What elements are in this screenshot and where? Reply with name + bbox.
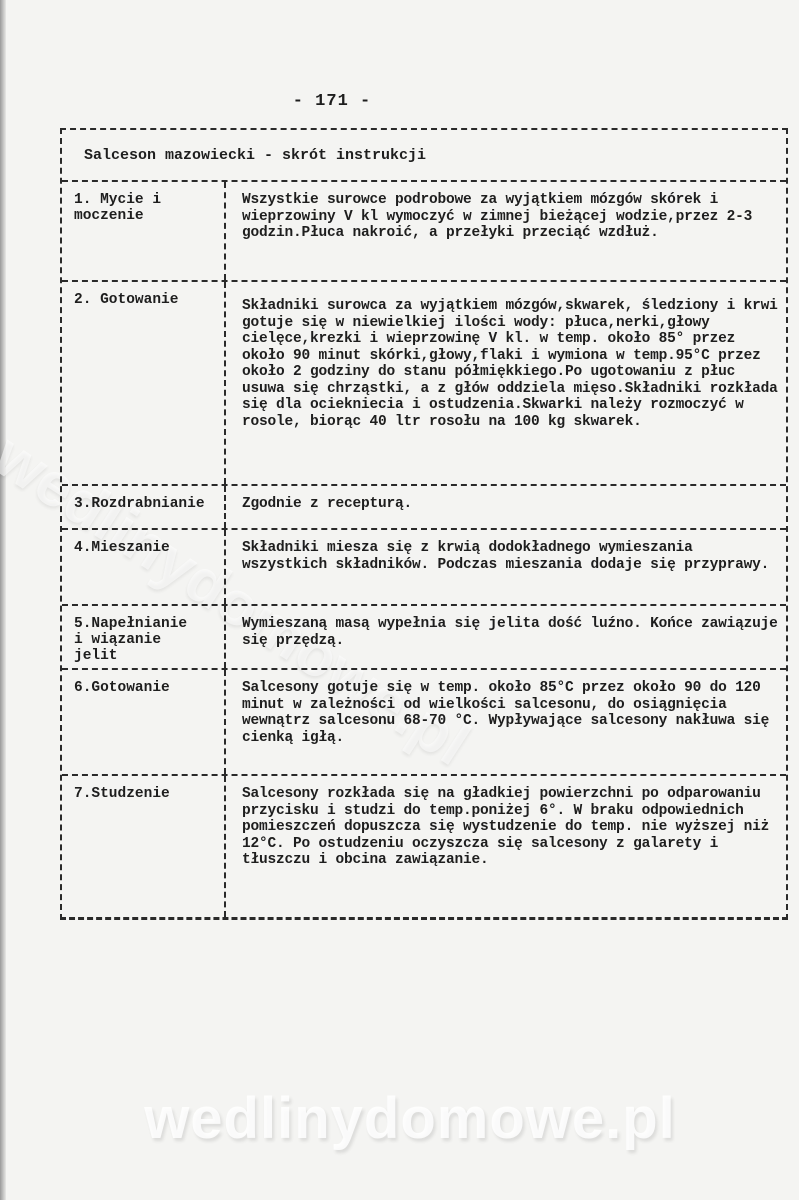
step-label: 2. Gotowanie [62,282,226,484]
step-description: Wymieszaną masą wypełnia się jelita dość… [226,606,786,668]
step-description: Salcesony gotuje się w temp. około 85°C … [226,670,786,774]
step-label: 4.Mieszanie [62,530,226,604]
table-row: 4.Mieszanie Składniki miesza się z krwią… [62,530,786,606]
table-row: 1. Mycie i moczenie Wszystkie surowce po… [62,182,786,282]
table-row: 5.Napełnianie i wiązanie jelit Wymieszan… [62,606,786,670]
table-title: Salceson mazowiecki - skrót instrukcji [62,130,786,182]
step-description: Składniki surowca za wyjątkiem mózgów,sk… [226,282,786,484]
step-description: Salcesony rozkłada się na gładkiej powie… [226,776,786,917]
step-description: Zgodnie z recepturą. [226,486,786,528]
table-row: 3.Rozdrabnianie Zgodnie z recepturą. [62,486,786,530]
table-row: 6.Gotowanie Salcesony gotuje się w temp.… [62,670,786,776]
step-label: 1. Mycie i moczenie [62,182,226,280]
step-description: Wszystkie surowce podrobowe za wyjątkiem… [226,182,786,280]
step-label: 5.Napełnianie i wiązanie jelit [62,606,226,668]
step-label: 6.Gotowanie [62,670,226,774]
footer-watermark: wedlinydomowe.pl [90,1085,730,1152]
page-number: - 171 - [292,92,372,111]
table-row: 2. Gotowanie Składniki surowca za wyjątk… [62,282,786,486]
table-row: 7.Studzenie Salcesony rozkłada się na gł… [62,776,786,917]
step-label: 7.Studzenie [62,776,226,917]
page-edge-shadow [0,0,6,1200]
step-label: 3.Rozdrabnianie [62,486,226,528]
instruction-table: Salceson mazowiecki - skrót instrukcji 1… [60,128,788,920]
step-description: Składniki miesza się z krwią dodokładneg… [226,530,786,604]
